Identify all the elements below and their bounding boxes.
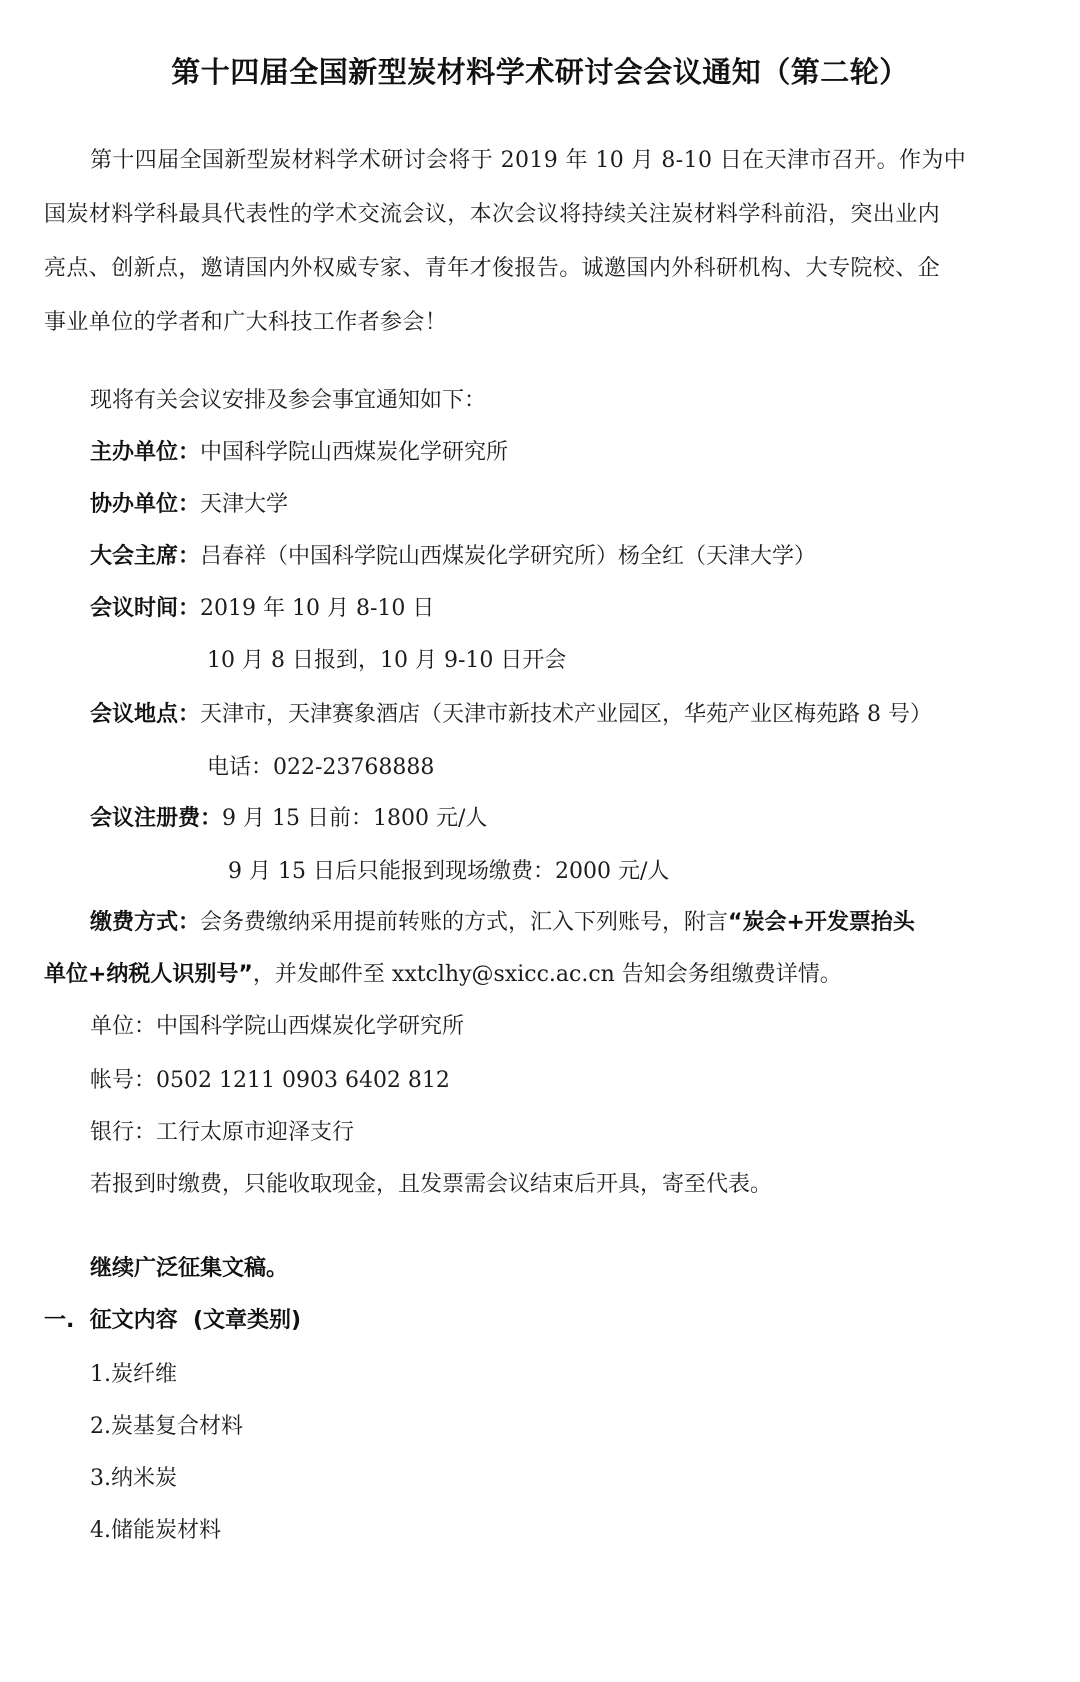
- fee-early: 9 月 15 日前：1800 元/人: [222, 806, 487, 831]
- payment-label: 缴费方式：: [90, 910, 200, 935]
- intro-paragraph: 第十四届全国新型炭材料学术研讨会将于 2019 年 10 月 8-10 日在天津…: [44, 146, 1044, 362]
- co-organizer-label: 协办单位：: [90, 492, 200, 517]
- bank-account: 帐号：0502 1211 0903 6402 812: [90, 1066, 450, 1096]
- venue-label: 会议地点：: [90, 702, 200, 727]
- payment-text-end: 告知会务组缴费详情。: [615, 962, 842, 987]
- payment-note: 若报到时缴费，只能收取现金，且发票需会议结束后开具，寄至代表。: [90, 1170, 772, 1200]
- payment-text: 会务费缴纳采用提前转账的方式，汇入下列账号，附言: [200, 910, 728, 935]
- time-detail: 10 月 8 日报到，10 月 9-10 日开会: [207, 646, 566, 676]
- venue-phone: 电话：022-23768888: [207, 753, 434, 783]
- time-row: 会议时间：2019 年 10 月 8-10 日: [90, 594, 434, 624]
- venue-row: 会议地点：天津市，天津赛象酒店（天津市新技术产业园区，华苑产业区梅苑路 8 号）: [90, 700, 932, 730]
- category-item: 3.纳米炭: [90, 1464, 177, 1494]
- organizer-value: 中国科学院山西煤炭化学研究所: [200, 440, 508, 465]
- category-item: 2.炭基复合材料: [90, 1412, 243, 1442]
- category-item: 4.储能炭材料: [90, 1516, 221, 1546]
- chairs-label: 大会主席：: [90, 544, 200, 569]
- document-page: 第十四届全国新型炭材料学术研讨会会议通知（第二轮） 第十四届全国新型炭材料学术研…: [0, 0, 1080, 1682]
- time-label: 会议时间：: [90, 596, 200, 621]
- intro-line: 亮点、创新点，邀请国内外权威专家、青年才俊报告。诚邀国内外科研机构、大专院校、企: [44, 254, 1044, 308]
- organizer-label: 主办单位：: [90, 440, 200, 465]
- intro-line: 第十四届全国新型炭材料学术研讨会将于 2019 年 10 月 8-10 日在天津…: [44, 146, 1044, 200]
- section-title: 一. 征文内容 (文章类别): [44, 1306, 301, 1336]
- payment-row-cont: 单位+纳税人识别号”，并发邮件至 xxtclhy@sxicc.ac.cn 告知会…: [44, 960, 842, 990]
- chairs-row: 大会主席：吕春祥（中国科学院山西煤炭化学研究所）杨全红（天津大学）: [90, 542, 816, 572]
- document-title: 第十四届全国新型炭材料学术研讨会会议通知（第二轮）: [0, 52, 1080, 92]
- bank-name: 银行：工行太原市迎泽支行: [90, 1118, 354, 1148]
- fee-row: 会议注册费：9 月 15 日前：1800 元/人: [90, 804, 487, 834]
- co-organizer-row: 协办单位：天津大学: [90, 490, 288, 520]
- payment-text-cont: ，并发邮件至: [253, 962, 392, 987]
- intro-line: 国炭材料学科最具代表性的学术交流会议，本次会议将持续关注炭材料学科前沿，突出业内: [44, 200, 1044, 254]
- bank-unit: 单位：中国科学院山西煤炭化学研究所: [90, 1012, 464, 1042]
- payment-memo: “炭会+开发票抬头: [728, 910, 915, 935]
- payment-email: xxtclhy@sxicc.ac.cn: [392, 962, 615, 987]
- call-for-papers-heading: 继续广泛征集文稿。: [90, 1254, 288, 1284]
- payment-row: 缴费方式：会务费缴纳采用提前转账的方式，汇入下列账号，附言“炭会+开发票抬头: [90, 908, 915, 938]
- payment-memo-cont: 单位+纳税人识别号”: [44, 962, 253, 987]
- chairs-value: 吕春祥（中国科学院山西煤炭化学研究所）杨全红（天津大学）: [200, 544, 816, 569]
- intro-line: 事业单位的学者和广大科技工作者参会！: [44, 308, 1044, 362]
- venue-value: 天津市，天津赛象酒店（天津市新技术产业园区，华苑产业区梅苑路 8 号）: [200, 702, 932, 727]
- fee-late: 9 月 15 日后只能报到现场缴费：2000 元/人: [228, 857, 669, 887]
- co-organizer-value: 天津大学: [200, 492, 288, 517]
- time-value: 2019 年 10 月 8-10 日: [200, 596, 434, 621]
- category-item: 1.炭纤维: [90, 1360, 177, 1390]
- fee-label: 会议注册费：: [90, 806, 222, 831]
- organizer-row: 主办单位：中国科学院山西煤炭化学研究所: [90, 438, 508, 468]
- notice-lead: 现将有关会议安排及参会事宜通知如下：: [90, 386, 486, 416]
